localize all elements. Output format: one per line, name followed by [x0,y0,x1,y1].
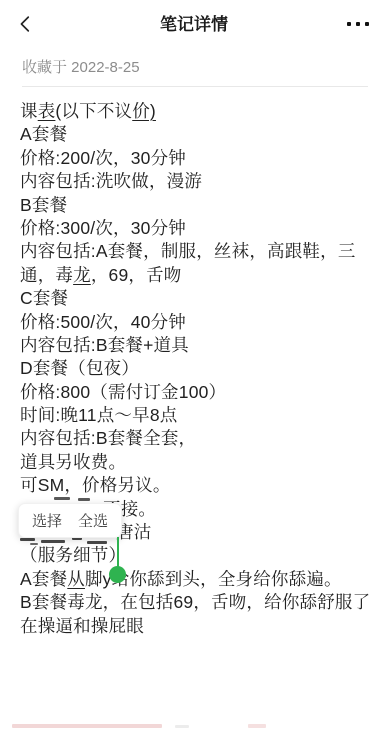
text-selection-popup: 选择 全选 [18,503,122,538]
obscured-text-fragment [20,538,35,541]
obscured-text-fragment [87,541,107,544]
note-line: A套餐从脚y给你舔到头，全身给你舔遍。 [20,568,370,591]
select-button[interactable]: 选择 [32,510,62,531]
page-title: 笔记详情 [0,0,388,48]
note-line: （服务细节） [20,544,370,567]
obscured-text-fragment [54,497,70,500]
note-line: 价格:500/次，40分钟 [20,311,370,334]
note-line: 可SM，价格另议。 [20,474,370,497]
clipped-bottom-fragment [248,724,266,728]
note-line: 价格:200/次，30分钟 [20,147,370,170]
more-button[interactable] [338,6,378,42]
note-line: 内容包括:B套餐全套， [20,427,370,450]
note-line: 在操逼和操屁眼 [20,615,370,638]
note-body: 课表(以下不议价)A套餐价格:200/次，30分钟内容包括:洗吹做，漫游B套餐价… [0,87,388,638]
obscured-text-fragment [41,540,65,543]
obscured-text-fragment [30,543,38,545]
select-all-button[interactable]: 全选 [78,510,108,531]
note-line: B套餐 [20,194,370,217]
obscured-text-fragment [78,498,90,501]
note-lines: 课表(以下不议价)A套餐价格:200/次，30分钟内容包括:洗吹做，漫游B套餐价… [20,100,370,638]
note-line: D套餐（包夜） [20,357,370,380]
note-line: 内容包括:洗吹做，漫游 [20,170,370,193]
selection-handle-icon[interactable] [109,566,126,583]
note-line: 时间:晚11点～早8点 [20,404,370,427]
note-line: 通，毒龙，69，舌吻 [20,264,370,287]
clipped-bottom-fragment [12,724,162,728]
text-cursor[interactable] [117,537,119,568]
collected-date-label: 收藏于 2022-8-25 [22,57,366,78]
note-line: B套餐毒龙，在包括69，舌吻，给你舔舒服了 [20,591,370,614]
note-detail-screen: 笔记详情 收藏于 2022-8-25 课表(以下不议价)A套餐价格:200/次，… [0,0,388,730]
note-line: A套餐 [20,123,370,146]
note-line: C套餐 [20,287,370,310]
more-horizontal-icon [347,22,369,26]
note-line: 道具另收费。 [20,451,370,474]
note-line: 内容包括:B套餐+道具 [20,334,370,357]
note-line: 课表(以下不议价) [20,100,370,123]
header: 笔记详情 [0,0,388,48]
note-line: 价格:300/次，30分钟 [20,217,370,240]
note-line: 价格:800（需付订金100） [20,381,370,404]
clipped-bottom-fragment [175,725,189,728]
note-line: 内容包括:A套餐，制服，丝袜，高跟鞋，三 [20,240,370,263]
